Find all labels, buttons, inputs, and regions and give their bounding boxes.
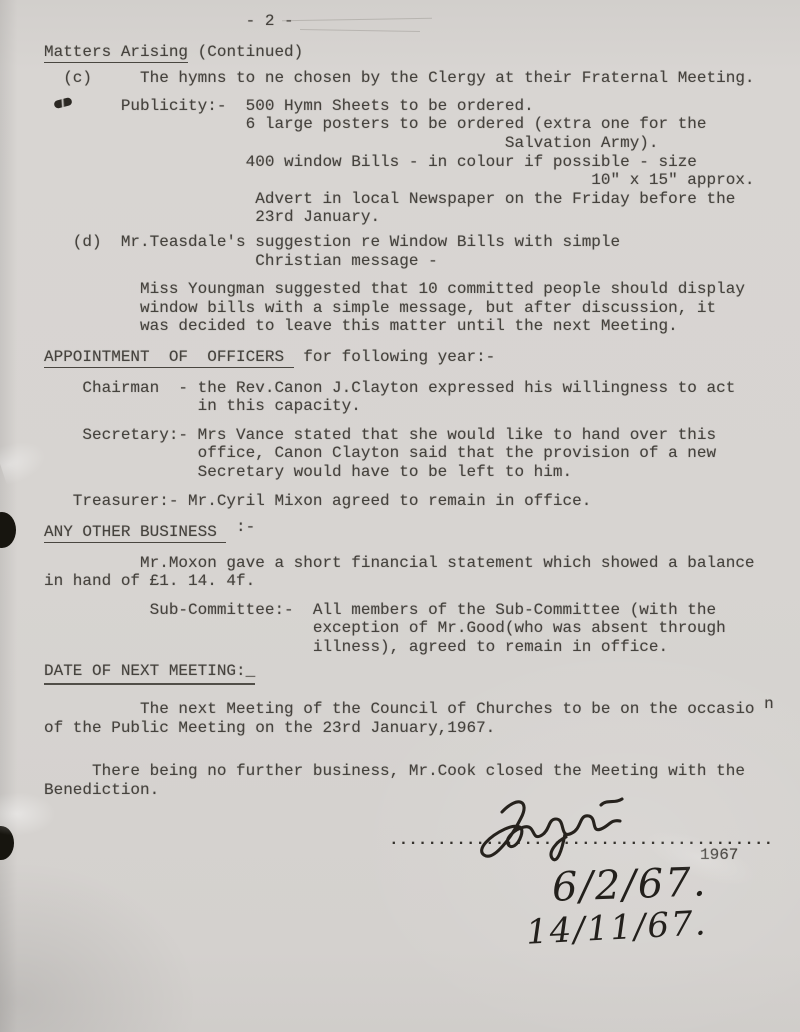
line-text: in this capacity. [44, 397, 361, 415]
doc-line: office, Canon Clayton said that the prov… [44, 444, 792, 463]
hole-punch-top [0, 512, 16, 548]
doc-line: Benediction. [44, 781, 792, 800]
doc-line: The next Meeting of the Council of Churc… [44, 700, 792, 719]
line-text: Sub-Committee:- All members of the Sub-C… [44, 601, 716, 619]
line-text: 6 large posters to be ordered (extra one… [44, 115, 707, 133]
doc-line: Mr.Moxon gave a short financial statemen… [44, 554, 792, 573]
doc-line: in hand of £1. 14. 4f. [44, 572, 792, 591]
paper-crease [0, 792, 56, 836]
line-text: 400 window Bills - in colour if possible… [44, 153, 697, 171]
heading-underlined-text: ANY OTHER BUSINESS [44, 523, 226, 543]
doc-line: in this capacity. [44, 397, 792, 416]
doc-line: Christian message - [44, 252, 792, 271]
line-text: Publicity:- 500 Hymn Sheets to be ordere… [44, 97, 534, 115]
doc-line: Miss Youngman suggested that 10 committe… [44, 280, 792, 299]
handwritten-date-2: 14/11/67. [525, 903, 708, 952]
heading-underlined-text: APPOINTMENT OF OFFICERS [44, 348, 294, 368]
doc-line: was decided to leave this matter until t… [44, 317, 792, 336]
doc-line: 6 large posters to be ordered (extra one… [44, 115, 792, 134]
line-text: office, Canon Clayton said that the prov… [44, 444, 716, 462]
doc-line: Secretary would have to be left to him. [44, 463, 792, 482]
doc-line: Publicity:- 500 Hymn Sheets to be ordere… [44, 97, 792, 116]
line-text: exception of Mr.Good(who was absent thro… [44, 619, 726, 637]
doc-line: of the Public Meeting on the 23rd Januar… [44, 719, 792, 738]
line-text: of the Public Meeting on the 23rd Januar… [44, 719, 495, 737]
line-text: in hand of £1. 14. 4f. [44, 572, 255, 590]
doc-line: (d) Mr.Teasdale's suggestion re Window B… [44, 233, 792, 252]
doc-line: Advert in local Newspaper on the Friday … [44, 190, 792, 209]
line-text: The next Meeting of the Council of Churc… [44, 700, 755, 718]
line-text: Benediction. [44, 781, 159, 799]
line-text: Christian message - [44, 252, 438, 270]
offset-letter: n [755, 695, 774, 713]
page-number-text: - 2 - [44, 12, 294, 30]
appointment-of-officers-heading: APPOINTMENT OF OFFICERS for following ye… [44, 348, 792, 367]
doc-line: Treasurer:- Mr.Cyril Mixon agreed to rem… [44, 492, 792, 511]
doc-line: 23rd January. [44, 208, 792, 227]
line-text: (d) Mr.Teasdale's suggestion re Window B… [44, 233, 620, 251]
line-text: Treasurer:- Mr.Cyril Mixon agreed to rem… [44, 492, 591, 510]
line-text: There being no further business, Mr.Cook… [44, 762, 745, 780]
line-text: Secretary:- Mrs Vance stated that she wo… [44, 426, 716, 444]
document-page: - 2 - Matters Arising (Continued) (c) Th… [0, 0, 800, 1032]
line-text: Salvation Army). [44, 134, 659, 152]
line-text: Miss Youngman suggested that 10 committe… [44, 280, 745, 298]
heading-underlined-text: DATE OF NEXT MEETING:_ [44, 662, 255, 685]
page-number: - 2 - [44, 12, 792, 31]
heading-suffix-text: (Continued) [188, 43, 303, 61]
doc-line: exception of Mr.Good(who was absent thro… [44, 619, 792, 638]
heading-colon-dash: :- [236, 518, 255, 536]
doc-line: 10" x 15" approx. [44, 171, 792, 190]
doc-line: Secretary:- Mrs Vance stated that she wo… [44, 426, 792, 445]
line-text: 10" x 15" approx. [44, 171, 755, 189]
doc-line: illness), agreed to remain in office. [44, 638, 792, 657]
doc-line: There being no further business, Mr.Cook… [44, 762, 792, 781]
heading-suffix-text: for following year:- [294, 348, 496, 366]
line-text: window bills with a simple message, but … [44, 299, 716, 317]
doc-line: Sub-Committee:- All members of the Sub-C… [44, 601, 792, 620]
date-of-next-meeting-heading: DATE OF NEXT MEETING:_ [44, 662, 792, 681]
line-text: Secretary would have to be left to him. [44, 463, 572, 481]
line-text: Chairman - the Rev.Canon J.Clayton expre… [44, 379, 735, 397]
doc-line: window bills with a simple message, but … [44, 299, 792, 318]
doc-line: 400 window Bills - in colour if possible… [44, 153, 792, 172]
heading-gap [226, 523, 236, 541]
doc-line: Chairman - the Rev.Canon J.Clayton expre… [44, 379, 792, 398]
line-text: illness), agreed to remain in office. [44, 638, 668, 656]
line-text: Mr.Moxon gave a short financial statemen… [44, 554, 755, 572]
heading-underlined-text: Matters Arising [44, 43, 188, 63]
line-text: 23rd January. [44, 208, 380, 226]
matters-arising-heading: Matters Arising (Continued) [44, 43, 792, 62]
line-text: (c) The hymns to ne chosen by the Clergy… [44, 69, 755, 87]
typed-text-column: - 2 - Matters Arising (Continued) (c) Th… [44, 12, 792, 800]
doc-line: Salvation Army). [44, 134, 792, 153]
line-text: Advert in local Newspaper on the Friday … [44, 190, 735, 208]
line-text: was decided to leave this matter until t… [44, 317, 678, 335]
doc-line: (c) The hymns to ne chosen by the Clergy… [44, 69, 792, 88]
any-other-business-heading: ANY OTHER BUSINESS :- [44, 523, 792, 542]
